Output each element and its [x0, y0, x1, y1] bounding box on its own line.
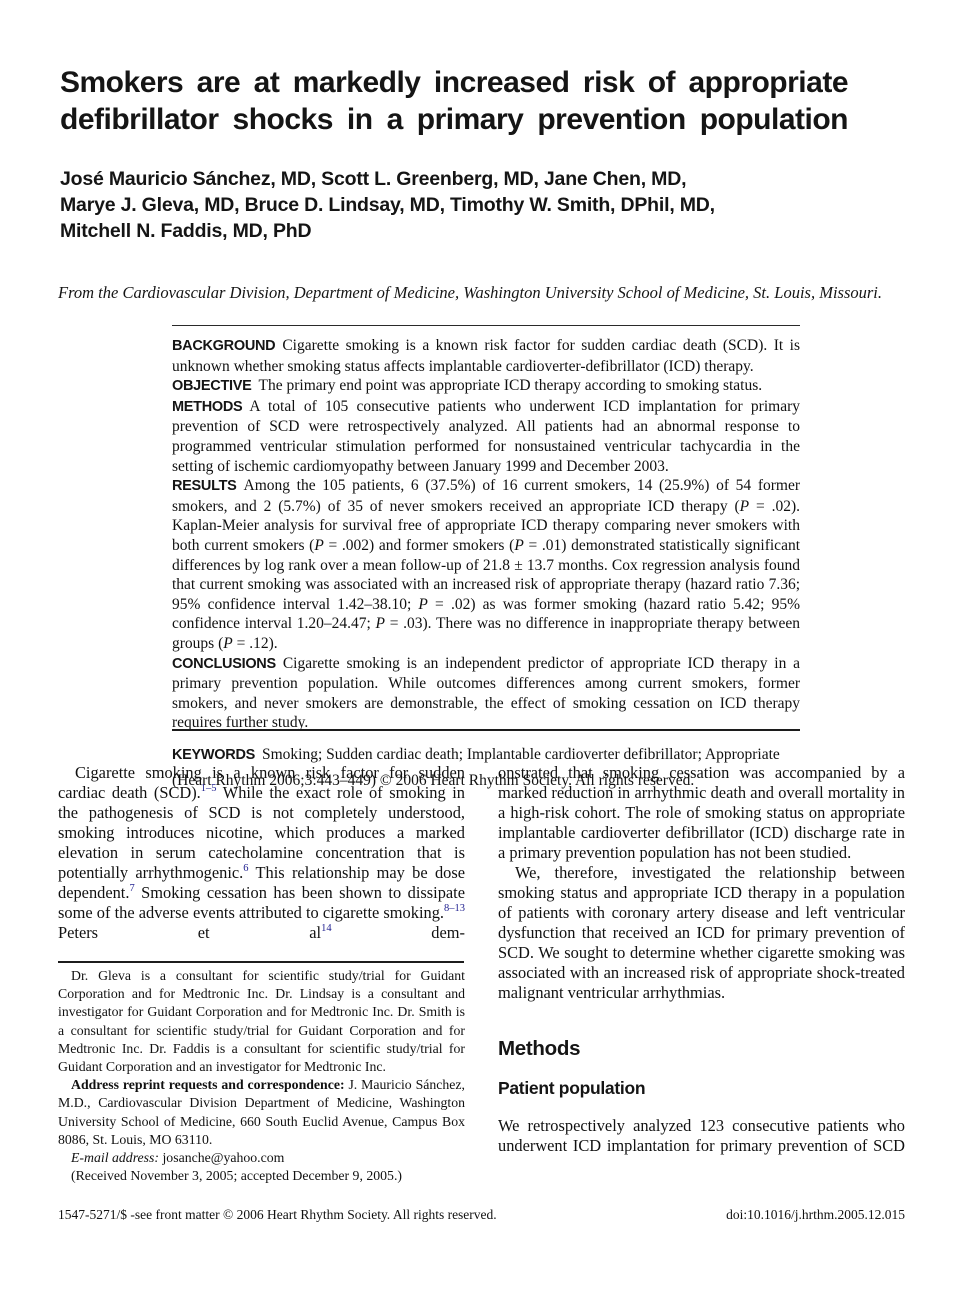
affiliation-note: From the Cardiovascular Division, Depart…	[58, 283, 903, 303]
abstract-section-results: RESULTSAmong the 105 patients, 6 (37.5%)…	[172, 476, 800, 653]
correspondence-label: Address reprint requests and corresponde…	[71, 1077, 345, 1092]
abstract-text-objective: The primary end point was appropriate IC…	[259, 377, 763, 394]
journal-article-page: Smokers are at markedly increased risk o…	[0, 0, 960, 1290]
abstract-text-methods: A total of 105 consecutive patients who …	[172, 398, 800, 475]
body-left-column: Cigarette smoking is a known risk factor…	[58, 763, 465, 943]
paper-title-line-2: defibrillator shocks in a primary preven…	[60, 101, 848, 138]
aim-paragraph: We, therefore, investigated the relation…	[498, 863, 905, 1003]
reference-citation: 6	[243, 863, 248, 874]
intro-paragraph: Cigarette smoking is a known risk factor…	[58, 763, 465, 943]
footnote-divider	[58, 961, 464, 963]
paper-title-line-1: Smokers are at markedly increased risk o…	[60, 64, 848, 101]
received-note: (Received November 3, 2005; accepted Dec…	[58, 1167, 465, 1185]
disclosure-note: Dr. Gleva is a consultant for scientific…	[58, 967, 465, 1076]
patient-population-paragraph: We retrospectively analyzed 123 consecut…	[498, 1116, 905, 1156]
author-line: José Mauricio Sánchez, MD, Scott L. Gree…	[60, 166, 860, 192]
doi-line: doi:10.1016/j.hrthm.2005.12.015	[726, 1206, 905, 1223]
abstract-label-conclusions: CONCLUSIONS	[172, 656, 283, 672]
author-line: Mitchell N. Faddis, MD, PhD	[60, 218, 860, 244]
reference-citation: 8–13	[444, 903, 465, 914]
abstract-bottom-divider	[172, 729, 800, 731]
abstract-label-objective: OBJECTIVE	[172, 378, 259, 394]
continuation-paragraph: onstrated that smoking cessation was acc…	[498, 763, 905, 863]
email-note: E-mail address: josanche@yahoo.com	[58, 1149, 465, 1167]
reference-citation: 14	[321, 923, 332, 934]
abstract-section-background: BACKGROUNDCigarette smoking is a known r…	[172, 336, 800, 376]
abstract-label-methods: METHODS	[172, 399, 249, 415]
page-footer: 1547-5271/$ -see front matter © 2006 Hea…	[58, 1206, 905, 1223]
correspondence-note: Address reprint requests and corresponde…	[58, 1076, 465, 1149]
abstract-section-objective: OBJECTIVEThe primary end point was appro…	[172, 376, 800, 397]
abstract-text-results: Among the 105 patients, 6 (37.5%) of 16 …	[172, 477, 800, 652]
author-line: Marye J. Gleva, MD, Bruce D. Lindsay, MD…	[60, 192, 860, 218]
author-list: José Mauricio Sánchez, MD, Scott L. Gree…	[60, 166, 860, 244]
keywords-label: KEYWORDS	[172, 747, 262, 763]
abstract-label-results: RESULTS	[172, 478, 244, 494]
reference-citation: 1–5	[201, 783, 217, 794]
body-right-column: onstrated that smoking cessation was acc…	[498, 763, 905, 1156]
abstract-label-background: BACKGROUND	[172, 338, 282, 354]
email-label: E-mail address:	[71, 1150, 159, 1165]
abstract-top-divider	[172, 325, 800, 326]
reference-citation: 7	[129, 883, 134, 894]
keywords-text: Smoking; Sudden cardiac death; Implantab…	[262, 746, 780, 763]
methods-heading: Methods	[498, 1037, 905, 1061]
abstract-section-methods: METHODSA total of 105 consecutive patien…	[172, 397, 800, 476]
issn-copyright-line: 1547-5271/$ -see front matter © 2006 Hea…	[58, 1206, 497, 1223]
email-address: josanche@yahoo.com	[159, 1150, 284, 1165]
abstract-section-conclusions: CONCLUSIONSCigarette smoking is an indep…	[172, 654, 800, 733]
patient-population-heading: Patient population	[498, 1078, 905, 1099]
paper-title: Smokers are at markedly increased risk o…	[60, 64, 848, 138]
footnote-block: Dr. Gleva is a consultant for scientific…	[58, 967, 465, 1185]
abstract-panel: BACKGROUNDCigarette smoking is a known r…	[172, 336, 800, 794]
